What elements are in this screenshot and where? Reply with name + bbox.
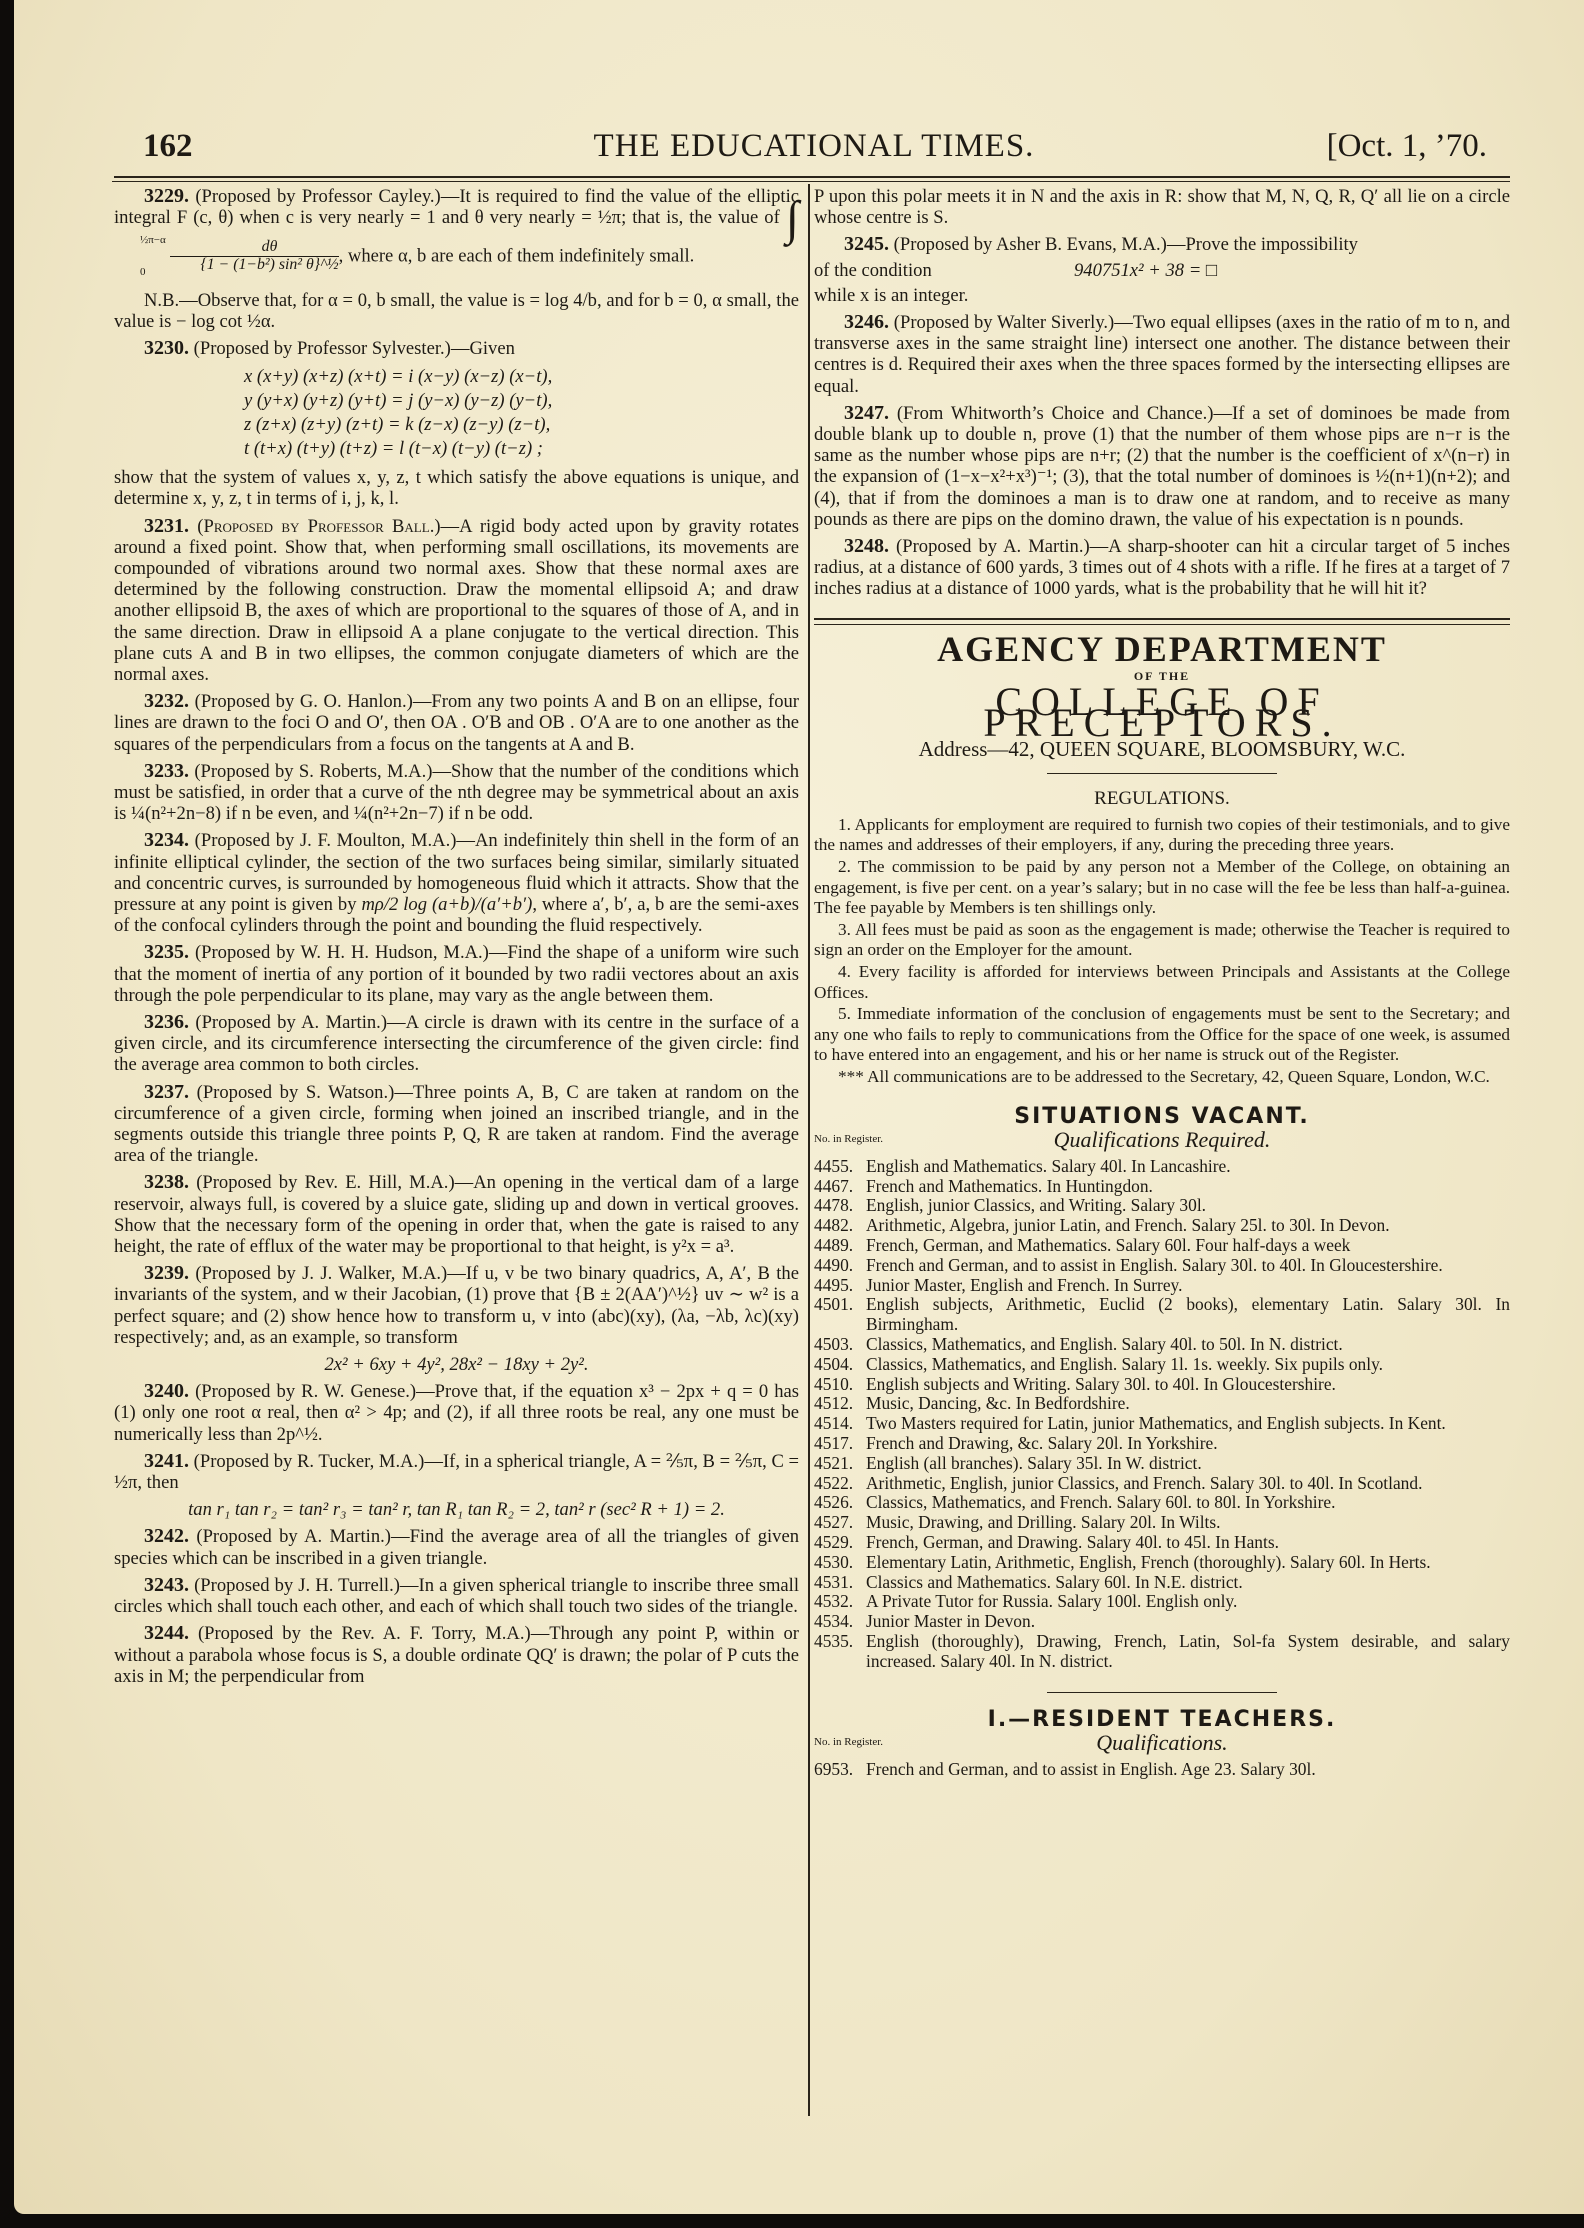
issue-date: [Oct. 1, ’70.: [1327, 128, 1487, 165]
problem-3243: 3243. (Proposed by J. H. Turrell.)—In a …: [114, 1575, 799, 1617]
proposer: (Proposed by A. Martin.): [195, 1012, 387, 1033]
vacancy-row: 4522.Arithmetic, English, junior Classic…: [814, 1474, 1510, 1494]
proposer: (Proposed by J. H. Turrell.): [194, 1575, 400, 1596]
qualifications-header: No. in Register. Qualifications Required…: [814, 1129, 1510, 1157]
proposer: (Proposed by Walter Siverly.): [894, 312, 1114, 333]
vacancy-row: 4478.English, junior Classics, and Writi…: [814, 1196, 1510, 1216]
regulation-item: 5. Immediate information of the conclusi…: [814, 1004, 1510, 1066]
right-column: P upon this polar meets it in N and the …: [814, 186, 1510, 1780]
problem-3229: 3229. (Proposed by Professor Cayley.)—It…: [114, 186, 799, 284]
vacancy-row: 4521.English (all branches). Salary 35l.…: [814, 1454, 1510, 1474]
problem-number: 3237.: [144, 1081, 189, 1103]
transform-example: 2x² + 6xy + 4y², 28x² − 18xy + 2y².: [114, 1354, 799, 1375]
proposer: (Proposed by A. Martin.): [896, 536, 1090, 557]
qualifications-subtitle: Qualifications Required.: [814, 1129, 1510, 1150]
problem-number: 3236.: [144, 1011, 189, 1033]
vacancy-row: 4534.Junior Master in Devon.: [814, 1612, 1510, 1632]
situations-vacant-title: SITUATIONS VACANT.: [814, 1106, 1510, 1127]
condition-row: of the condition 940751x² + 38 = □: [814, 260, 1510, 281]
condition-label: of the condition: [814, 260, 1074, 281]
vacancy-row: 4503.Classics, Mathematics, and English.…: [814, 1335, 1510, 1355]
problem-number: 3247.: [844, 402, 889, 424]
proposer: (Proposed by Asher B. Evans, M.A.): [894, 234, 1167, 255]
problem-3244: 3244. (Proposed by the Rev. A. F. Torry,…: [114, 1623, 799, 1687]
problem-3230-cont: show that the system of values x, y, z, …: [114, 467, 799, 509]
problem-3242: 3242. (Proposed by A. Martin.)—Find the …: [114, 1526, 799, 1568]
problem-3238: 3238. (Proposed by Rev. E. Hill, M.A.)—A…: [114, 1172, 799, 1257]
pressure-formula: mρ/2 log (a+b)/(a′+b′): [361, 894, 532, 915]
proposer: (Proposed by A. Martin.): [196, 1526, 391, 1547]
masthead: 162 THE EDUCATIONAL TIMES. [Oct. 1, ’70.: [129, 128, 1499, 176]
proposer: (Proposed by G. O. Hanlon.): [195, 691, 413, 712]
problem-number: 3239.: [144, 1262, 189, 1284]
problem-number: 3234.: [144, 829, 189, 851]
problem-number: 3246.: [844, 311, 889, 333]
problem-3230: 3230. (Proposed by Professor Sylvester.)…: [114, 338, 799, 359]
left-column: 3229. (Proposed by Professor Cayley.)—It…: [114, 186, 799, 1693]
vacancy-row: 4510.English subjects and Writing. Salar…: [814, 1375, 1510, 1395]
problem-number: 3229.: [144, 185, 189, 207]
regulation-item: 1. Applicants for employment are require…: [814, 815, 1510, 856]
problem-number: 3235.: [144, 941, 189, 963]
problem-3244-continued: P upon this polar meets it in N and the …: [814, 186, 1510, 228]
vacancy-row: 4529.French, German, and Drawing. Salary…: [814, 1533, 1510, 1553]
section-divider: [814, 618, 1510, 625]
vacancy-row: 4526.Classics, Mathematics, and French. …: [814, 1493, 1510, 1513]
header-rule-thin: [112, 181, 1510, 182]
vacancy-row: 4530.Elementary Latin, Arithmetic, Engli…: [814, 1553, 1510, 1573]
problem-3245: 3245. (Proposed by Asher B. Evans, M.A.)…: [814, 234, 1510, 255]
proposer: (From Whitworth’s Choice and Chance.): [897, 403, 1214, 424]
header-rule: [114, 176, 1510, 178]
problem-text: —Prove the impossibility: [1167, 234, 1358, 255]
proposer: (Proposed by S. Watson.): [197, 1082, 395, 1103]
vacancy-list: 4455.English and Mathematics. Salary 40l…: [814, 1157, 1510, 1672]
problem-3246: 3246. (Proposed by Walter Siverly.)—Two …: [814, 312, 1510, 397]
problem-number: 3230.: [144, 337, 189, 359]
vacancy-row: 4532.A Private Tutor for Russia. Salary …: [814, 1592, 1510, 1612]
equation: y (y+x) (y+z) (y+t) = j (y−x) (y−z) (y−t…: [114, 389, 799, 413]
vacancy-row: 4535.English (thoroughly), Drawing, Fren…: [814, 1632, 1510, 1672]
vacancy-row: 4531.Classics and Mathematics. Salary 60…: [814, 1573, 1510, 1593]
problem-3239: 3239. (Proposed by J. J. Walker, M.A.)—I…: [114, 1263, 799, 1348]
proposer: (Proposed by Rev. E. Hill, M.A.): [196, 1172, 454, 1193]
proposer: (Proposed by the Rev. A. F. Torry, M.A.): [198, 1623, 531, 1644]
equation-system: x (x+y) (x+z) (x+t) = i (x−y) (x−z) (x−t…: [114, 365, 799, 461]
vacancy-row: 4495.Junior Master, English and French. …: [814, 1276, 1510, 1296]
proposer: (Proposed by Professor Cayley.): [195, 186, 440, 207]
proposer: (Proposed by Professor Ball.): [197, 516, 440, 537]
problem-number: 3243.: [144, 1574, 189, 1596]
resident-teachers-title: I.—RESIDENT TEACHERS.: [814, 1709, 1510, 1730]
vacancy-row: 4501.English subjects, Arithmetic, Eucli…: [814, 1295, 1510, 1335]
problem-3231: 3231. (Proposed by Professor Ball.)—A ri…: [114, 516, 799, 686]
problem-number: 3242.: [144, 1525, 189, 1547]
vacancy-row: 4504.Classics, Mathematics, and English.…: [814, 1355, 1510, 1375]
proposer: (Proposed by R. W. Genese.): [195, 1381, 416, 1402]
problem-3236: 3236. (Proposed by A. Martin.)—A circle …: [114, 1012, 799, 1076]
problem-3241: 3241. (Proposed by R. Tucker, M.A.)—If, …: [114, 1451, 799, 1493]
problem-number: 3232.: [144, 690, 189, 712]
college-title: COLLEGE OF PRECEPTORS.: [814, 691, 1510, 733]
register-label: No. in Register.: [814, 1133, 883, 1145]
vacancy-row: 4467.French and Mathematics. In Huntingd…: [814, 1177, 1510, 1197]
problem-3232: 3232. (Proposed by G. O. Hanlon.)—From a…: [114, 691, 799, 755]
problem-3245-cont: while x is an integer.: [814, 285, 1510, 306]
vacancy-row: 4455.English and Mathematics. Salary 40l…: [814, 1157, 1510, 1177]
proposer: (Proposed by J. J. Walker, M.A.): [195, 1263, 447, 1284]
integral-sign: ∫: [786, 192, 799, 245]
problem-text: —Given: [451, 338, 515, 359]
problem-number: 3245.: [844, 233, 889, 255]
problem-text: —A rigid body acted upon by gravity rota…: [114, 516, 799, 685]
proposer: (Proposed by Professor Sylvester.): [194, 338, 451, 359]
problem-number: 3241.: [144, 1450, 189, 1472]
regulations-title: REGULATIONS.: [814, 788, 1510, 809]
condition-equation: 940751x² + 38 = □: [1074, 260, 1217, 281]
problem-number: 3248.: [844, 535, 889, 557]
equation: x (x+y) (x+z) (x+t) = i (x−y) (x−z) (x−t…: [114, 365, 799, 389]
problem-number: 3240.: [144, 1380, 189, 1402]
integral-limits: ½π−α0: [110, 230, 166, 284]
regulation-item: 2. The commission to be paid by any pers…: [814, 857, 1510, 919]
proposer: (Proposed by W. H. H. Hudson, M.A.): [195, 942, 489, 963]
problem-3234: 3234. (Proposed by J. F. Moulton, M.A.)—…: [114, 830, 799, 936]
problem-number: 3233.: [144, 760, 189, 782]
proposer: (Proposed by R. Tucker, M.A.): [194, 1451, 425, 1472]
regulation-item: 3. All fees must be paid as soon as the …: [814, 920, 1510, 961]
vacancy-row: 4482.Arithmetic, Algebra, junior Latin, …: [814, 1216, 1510, 1236]
problem-number: 3238.: [144, 1171, 189, 1193]
problem-3240: 3240. (Proposed by R. W. Genese.)—Prove …: [114, 1381, 799, 1445]
problem-text-cont: , where α, b are each of them indefinite…: [339, 245, 695, 266]
vacancy-row: 4517.French and Drawing, &c. Salary 20l.…: [814, 1434, 1510, 1454]
problem-3247: 3247. (From Whitworth’s Choice and Chanc…: [814, 403, 1510, 530]
teacher-row: 6953.French and German, and to assist in…: [814, 1760, 1510, 1780]
problem-3233: 3233. (Proposed by S. Roberts, M.A.)—Sho…: [114, 761, 799, 825]
short-rule: [1047, 1692, 1277, 1693]
college-address: Address—42, QUEEN SQUARE, BLOOMSBURY, W.…: [814, 739, 1510, 760]
qualifications-header: No. in Register. Qualifications.: [814, 1732, 1510, 1760]
problem-3237: 3237. (Proposed by S. Watson.)—Three poi…: [114, 1082, 799, 1167]
short-rule: [1047, 773, 1277, 774]
qualifications-subtitle: Qualifications.: [814, 1732, 1510, 1753]
vacancy-row: 4490.French and German, and to assist in…: [814, 1256, 1510, 1276]
newspaper-title: THE EDUCATIONAL TIMES.: [129, 128, 1499, 165]
vacancy-row: 4489.French, German, and Mathematics. Sa…: [814, 1236, 1510, 1256]
agency-title: AGENCY DEPARTMENT: [814, 639, 1510, 660]
vacancy-row: 4514.Two Masters required for Latin, jun…: [814, 1414, 1510, 1434]
newspaper-page: 162 THE EDUCATIONAL TIMES. [Oct. 1, ’70.…: [14, 0, 1584, 2214]
problem-3248: 3248. (Proposed by A. Martin.)—A sharp-s…: [814, 536, 1510, 600]
integrand: dθ{1 − (1−b²) sin² θ}^½: [170, 239, 338, 273]
problem-3229-nb: N.B.—Observe that, for α = 0, b small, t…: [114, 290, 799, 332]
regulation-item: 4. Every facility is afforded for interv…: [814, 962, 1510, 1003]
regulation-note: *** All communications are to be address…: [814, 1067, 1510, 1088]
proposer: (Proposed by J. F. Moulton, M.A.): [195, 830, 457, 851]
vacancy-row: 4527.Music, Drawing, and Drilling. Salar…: [814, 1513, 1510, 1533]
register-label: No. in Register.: [814, 1736, 883, 1748]
equation: t (t+x) (t+y) (t+z) = l (t−x) (t−y) (t−z…: [114, 437, 799, 461]
vacancy-row: 4512.Music, Dancing, &c. In Bedfordshire…: [814, 1394, 1510, 1414]
problem-number: 3244.: [144, 1622, 189, 1644]
problem-3235: 3235. (Proposed by W. H. H. Hudson, M.A.…: [114, 942, 799, 1006]
column-divider: [808, 184, 810, 2116]
problem-number: 3231.: [144, 515, 189, 537]
spherical-result: tan r₁ tan r₂ = tan² r₃ = tan² r, tan R₁…: [114, 1499, 799, 1520]
proposer: (Proposed by S. Roberts, M.A.): [194, 761, 432, 782]
equation: z (z+x) (z+y) (z+t) = k (z−x) (z−y) (z−t…: [114, 413, 799, 437]
